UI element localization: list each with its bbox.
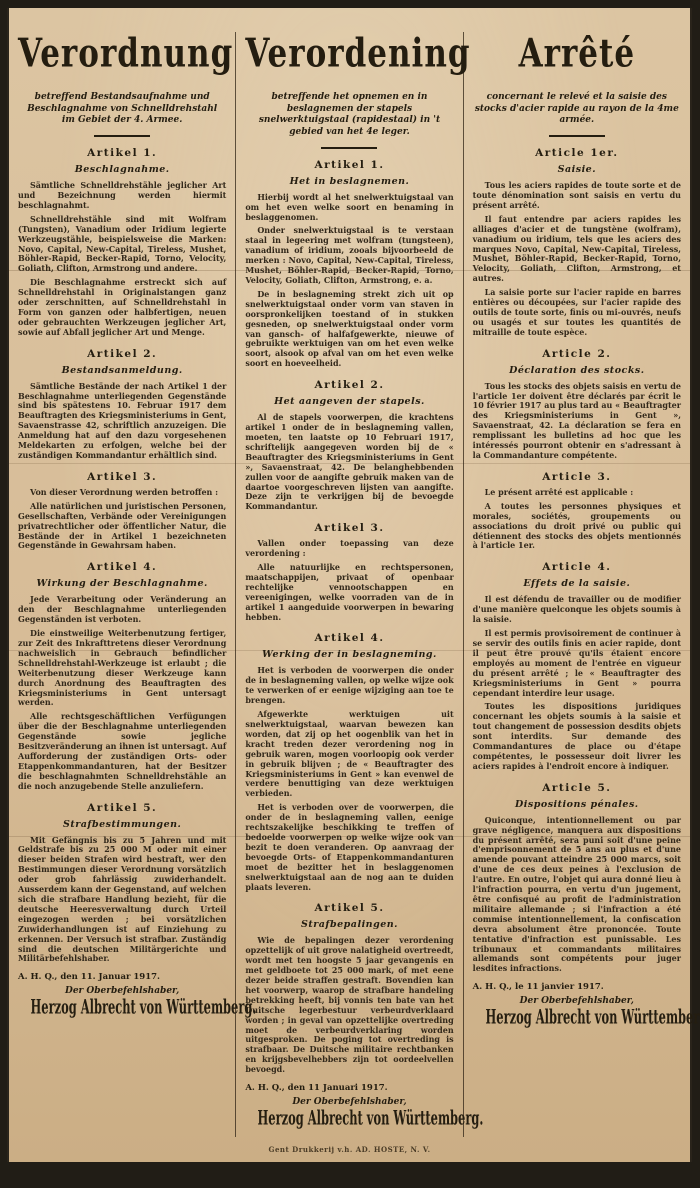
article-paragraphs: Von dieser Verordnung werden betroffen :… — [18, 488, 226, 551]
poster: Verordnung betreffend Bestandsaufnahme u… — [7, 8, 692, 1162]
article-paragraph: Vallen onder toepassing van deze verorde… — [245, 539, 453, 559]
article-paragraphs: Tous les stocks des objets saisis en ver… — [473, 382, 681, 461]
signature: Herzog Albrecht von Württemberg. — [485, 1006, 668, 1042]
article-paragraphs: Het is verboden de voorwerpen die onder … — [245, 666, 453, 892]
article: Artikel 4. Wirkung der Beschlagnahme. Je… — [18, 561, 226, 791]
article-paragraph: Alle rechtsgeschäftlichen Verfügungen üb… — [18, 712, 226, 791]
article-heading: Artikel 2. — [18, 348, 226, 360]
ornament-rule — [94, 135, 150, 137]
article-paragraph: Von dieser Verordnung werden betroffen : — [18, 488, 226, 498]
article: Artikel 3. Vallen onder toepassing van d… — [245, 522, 453, 622]
dateline: A. H. Q., den 11 Januari 1917. — [245, 1083, 453, 1093]
column-subtitle: betreffend Bestandsaufnahme und Beschlag… — [20, 92, 224, 127]
article-heading: Artikel 3. — [245, 522, 453, 534]
article-paragraph: Al de stapels voorwerpen, die krachtens … — [245, 413, 453, 512]
article: Article 2. Déclaration des stocks. Tous … — [473, 348, 681, 461]
article-paragraph: Le présent arrêté est applicable : — [473, 488, 681, 498]
article-paragraph: Toutes les dispositions juridiques conce… — [473, 702, 681, 771]
article-paragraphs: Hierbij wordt al het snelwerktuigstaal v… — [245, 193, 453, 369]
signature: Herzog Albrecht von Württemberg. — [30, 996, 213, 1032]
article-paragraphs: Al de stapels voorwerpen, die krachtens … — [245, 413, 453, 512]
column-subtitle: betreffende het opnemen en in beslagneme… — [247, 92, 451, 139]
ornament-rule — [321, 147, 377, 149]
article-subheading: Bestandsanmeldung. — [18, 365, 226, 376]
article-heading: Artikel 2. — [245, 379, 453, 391]
article: Artikel 1. Beschlagnahme. Sämtliche Schn… — [18, 147, 226, 338]
column-footer: A. H. Q., den 11. Januar 1917. Der Oberb… — [18, 972, 226, 1026]
article-paragraph: Wie de bepalingen dezer verordening opze… — [245, 936, 453, 1075]
articles: Artikel 1. Het in beslagnemen. Hierbij w… — [245, 159, 453, 1075]
article-paragraph: Schnelldrehstähle sind mit Wolfram (Tung… — [18, 215, 226, 274]
article-paragraph: Onder snelwerktuigstaal is te verstaan s… — [245, 226, 453, 285]
article-paragraph: Het is verboden de voorwerpen die onder … — [245, 666, 453, 706]
article-subheading: Het aangeven der stapels. — [245, 396, 453, 407]
poster-column: Arrêté concernant le relevé et la saisie… — [463, 32, 690, 1137]
article-subheading: Strafbestimmungen. — [18, 819, 226, 830]
article-paragraph: Hierbij wordt al het snelwerktuigstaal v… — [245, 193, 453, 223]
dateline: A. H. Q., den 11. Januar 1917. — [18, 972, 226, 982]
article-paragraphs: Wie de bepalingen dezer verordening opze… — [245, 936, 453, 1075]
column-subtitle: concernant le relevé et la saisie des st… — [475, 92, 679, 127]
article: Artikel 1. Het in beslagnemen. Hierbij w… — [245, 159, 453, 369]
article-paragraph: Sämtliche Schnelldrehstähle jeglicher Ar… — [18, 181, 226, 211]
articles: Artikel 1. Beschlagnahme. Sämtliche Schn… — [18, 147, 226, 964]
article-paragraphs: Vallen onder toepassing van deze verorde… — [245, 539, 453, 622]
article-paragraph: Afgewerkte werktuigen uit snelwerktuigst… — [245, 710, 453, 799]
article-subheading: Het in beslagnemen. — [245, 176, 453, 187]
article: Artikel 2. Het aangeven der stapels. Al … — [245, 379, 453, 512]
article-paragraph: Il est permis provisoirement de continue… — [473, 629, 681, 698]
article-heading: Article 5. — [473, 782, 681, 794]
article-subheading: Effets de la saisie. — [473, 578, 681, 589]
signature: Herzog Albrecht von Württemberg. — [258, 1106, 441, 1142]
article: Article 4. Effets de la saisie. Il est d… — [473, 561, 681, 771]
article-paragraph: Quiconque, intentionnellement ou par gra… — [473, 816, 681, 975]
article-paragraphs: Sämtliche Schnelldrehstähle jeglicher Ar… — [18, 181, 226, 338]
article: Artikel 3. Von dieser Verordnung werden … — [18, 471, 226, 551]
article-heading: Artikel 3. — [18, 471, 226, 483]
article-subheading: Dispositions pénales. — [473, 799, 681, 810]
article-paragraphs: Quiconque, intentionnellement ou par gra… — [473, 816, 681, 975]
article-paragraph: Il faut entendre par aciers rapides les … — [473, 215, 681, 284]
article-paragraph: A toutes les personnes physiques et mora… — [473, 502, 681, 552]
article-heading: Artikel 1. — [245, 159, 453, 171]
columns-row: Verordnung betreffend Bestandsaufnahme u… — [9, 32, 690, 1137]
article-paragraph: Sämtliche Bestände der nach Artikel 1 de… — [18, 382, 226, 461]
printer-imprint: Gent Drukkerij v.h. AD. HOSTE, N. V. — [9, 1145, 690, 1154]
article-heading: Artikel 5. — [245, 902, 453, 914]
dateline: A. H. Q., le 11 janvier 1917. — [473, 982, 681, 992]
article-paragraph: Il est défendu de travailler ou de modif… — [473, 595, 681, 625]
article-paragraphs: Sämtliche Bestände der nach Artikel 1 de… — [18, 382, 226, 461]
article-heading: Article 2. — [473, 348, 681, 360]
article: Artikel 5. Strafbepalingen. Wie de bepal… — [245, 902, 453, 1075]
article-subheading: Strafbepalingen. — [245, 919, 453, 930]
article-subheading: Beschlagnahme. — [18, 164, 226, 175]
article-paragraph: Die Beschlagnahme erstreckt sich auf Sch… — [18, 278, 226, 337]
article-heading: Artikel 4. — [18, 561, 226, 573]
article-heading: Artikel 5. — [18, 802, 226, 814]
article: Artikel 2. Bestandsanmeldung. Sämtliche … — [18, 348, 226, 461]
article-subheading: Wirkung der Beschlagnahme. — [18, 578, 226, 589]
article-paragraph: Jede Verarbeitung oder Veränderung an de… — [18, 595, 226, 625]
column-title: Verordening — [245, 28, 453, 87]
article: Artikel 5. Strafbestimmungen. Mit Gefäng… — [18, 802, 226, 965]
article-paragraph: Die einstweilige Weiterbenutzung fertige… — [18, 629, 226, 708]
article-paragraph: Alle natürlichen und juristischen Person… — [18, 502, 226, 552]
article-heading: Article 1er. — [473, 147, 681, 159]
article-paragraph: De in beslagneming strekt zich uit op sn… — [245, 290, 453, 369]
article-paragraphs: Jede Verarbeitung oder Veränderung an de… — [18, 595, 226, 791]
ornament-rule — [549, 135, 605, 137]
article: Artikel 4. Werking der in beslagneming. … — [245, 632, 453, 892]
article: Article 3. Le présent arrêté est applica… — [473, 471, 681, 551]
poster-column: Verordnung betreffend Bestandsaufnahme u… — [9, 32, 235, 1137]
column-footer: A. H. Q., den 11 Januari 1917. Der Oberb… — [245, 1083, 453, 1137]
article-heading: Article 3. — [473, 471, 681, 483]
article-paragraph: Tous les stocks des objets saisis en ver… — [473, 382, 681, 461]
article-subheading: Werking der in beslagneming. — [245, 649, 453, 660]
article-paragraphs: Mit Gefängnis bis zu 5 Jahren und mit Ge… — [18, 836, 226, 965]
article-subheading: Déclaration des stocks. — [473, 365, 681, 376]
article-paragraph: Mit Gefängnis bis zu 5 Jahren und mit Ge… — [18, 836, 226, 965]
articles: Article 1er. Saisie. Tous les aciers rap… — [473, 147, 681, 974]
photo-frame: Verordnung betreffend Bestandsaufnahme u… — [0, 0, 700, 1188]
article-paragraph: Alle natuurlijke en rechtspersonen, maat… — [245, 563, 453, 622]
article-paragraphs: Le présent arrêté est applicable :A tout… — [473, 488, 681, 551]
article-paragraph: Tous les aciers rapides de toute sorte e… — [473, 181, 681, 211]
article-paragraphs: Tous les aciers rapides de toute sorte e… — [473, 181, 681, 338]
article-paragraph: La saisie porte sur l'acier rapide en ba… — [473, 288, 681, 338]
article-paragraphs: Il est défendu de travailler ou de modif… — [473, 595, 681, 771]
article-subheading: Saisie. — [473, 164, 681, 175]
article-heading: Article 4. — [473, 561, 681, 573]
article: Article 5. Dispositions pénales. Quiconq… — [473, 782, 681, 975]
column-footer: A. H. Q., le 11 janvier 1917. Der Oberbe… — [473, 982, 681, 1036]
column-title: Verordnung — [18, 28, 226, 87]
article-paragraph: Het is verboden over de voorwerpen, die … — [245, 803, 453, 892]
article: Article 1er. Saisie. Tous les aciers rap… — [473, 147, 681, 338]
column-title: Arrêté — [473, 28, 681, 87]
poster-column: Verordening betreffende het opnemen en i… — [235, 32, 462, 1137]
article-heading: Artikel 4. — [245, 632, 453, 644]
article-heading: Artikel 1. — [18, 147, 226, 159]
